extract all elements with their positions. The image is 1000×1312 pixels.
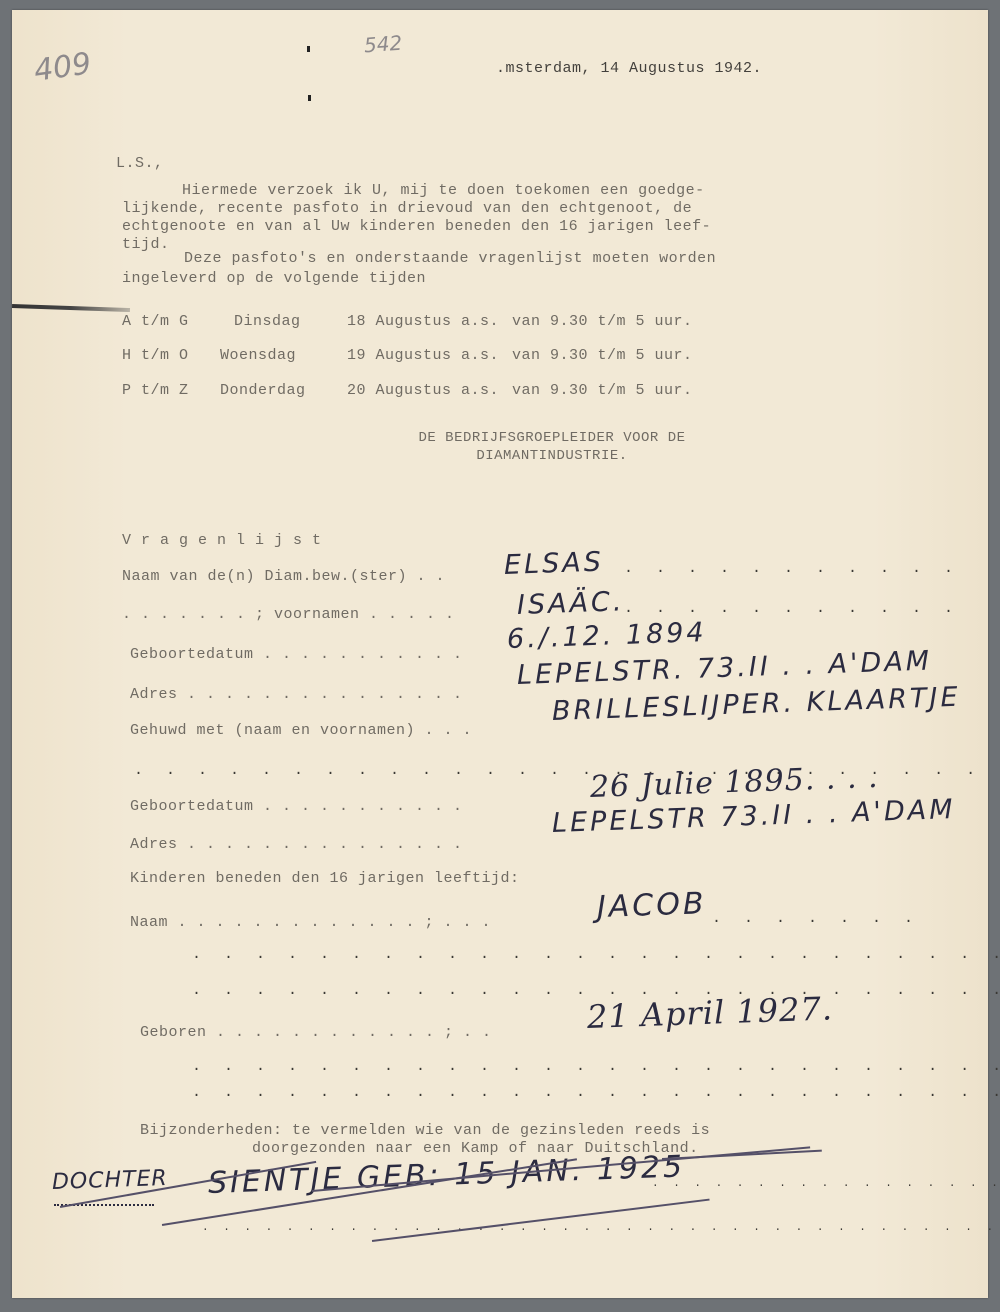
signature-line-2: DIAMANTINDUSTRIE. xyxy=(352,448,752,464)
questionnaire-title: V r a g e n l i j s t xyxy=(122,532,322,549)
birthdate-value: 6./.12. 1894 xyxy=(506,617,707,655)
children-heading: Kinderen beneden den 16 jarigen leeftijd… xyxy=(130,870,520,887)
dot-leader: . . . . . . . . . . . xyxy=(624,600,960,617)
spouse-birthdate-label: Geboortedatum . . . . . . . . . . . xyxy=(130,798,463,815)
first-names-value: ISAÄC. xyxy=(516,586,625,621)
schedule-day: Woensdag xyxy=(220,347,296,364)
salutation: L.S., xyxy=(116,155,164,172)
name-value: ELSAS xyxy=(503,547,604,581)
dot-leader-blank-row: . . . . . . . . . . . . . . . . . . . . … xyxy=(192,982,1000,999)
paragraph-line: Deze pasfoto's en onderstaande vragenlij… xyxy=(184,250,716,267)
paragraph-line: tijd. xyxy=(122,236,170,253)
dot-leader: . . . . . . . . . . . . . . . . . . xyxy=(652,1178,1000,1190)
child-name-label: Naam . . . . . . . . . . . . . ; . . . xyxy=(130,914,491,931)
child-name-value: JACOB xyxy=(596,886,707,925)
paragraph-line: ingeleverd op de volgende tijden xyxy=(122,270,426,287)
schedule-time: van 9.30 t/m 5 uur. xyxy=(512,382,693,399)
schedule-time: van 9.30 t/m 5 uur. xyxy=(512,347,693,364)
child-born-value: 21 April 1927. xyxy=(586,989,833,1036)
dot-leader-blank-row: . . . . . . . . . . . . . . . . . . . . … xyxy=(192,946,1000,963)
schedule-date: 19 Augustus a.s. xyxy=(347,347,499,364)
schedule-date: 20 Augustus a.s. xyxy=(347,382,499,399)
notes-value: SIENTJE GEB: 15 JAN. 1925 xyxy=(207,1149,685,1201)
married-value: BRILLESLIJPER. KLAARTJE xyxy=(551,682,961,727)
birthdate-label: Geboortedatum . . . . . . . . . . . xyxy=(130,646,463,663)
schedule-letters: P t/m Z xyxy=(122,382,189,399)
address-label: Adres . . . . . . . . . . . . . . . xyxy=(130,686,463,703)
first-names-label: . . . . . . . ; voornamen . . . . . xyxy=(122,606,455,623)
dot-leader-blank-row: . . . . . . . . . . . . . . . . . . . . … xyxy=(192,1058,1000,1075)
schedule-day: Dinsdag xyxy=(234,313,301,330)
document-page: 409 542 .msterdam, 14 Augustus 1942. L.S… xyxy=(12,10,988,1298)
schedule-date: 18 Augustus a.s. xyxy=(347,313,499,330)
paragraph-line: Hiermede verzoek ik U, mij te doen toeko… xyxy=(182,182,705,199)
ink-smudge xyxy=(12,304,130,312)
spouse-address-label: Adres . . . . . . . . . . . . . . . xyxy=(130,836,463,853)
notes-label-line-1: Bijzonderheden: te vermelden wie van de … xyxy=(140,1122,710,1139)
schedule-letters: A t/m G xyxy=(122,313,189,330)
strike-line xyxy=(372,1199,710,1242)
punch-mark xyxy=(308,95,311,101)
child-born-label: Geboren . . . . . . . . . . . . ; . . xyxy=(140,1024,492,1041)
schedule-day: Donderdag xyxy=(220,382,306,399)
name-label: Naam van de(n) Diam.bew.(ster) . . xyxy=(122,568,445,585)
place-date: .msterdam, 14 Augustus 1942. xyxy=(496,60,762,77)
schedule-time: van 9.30 t/m 5 uur. xyxy=(512,313,693,330)
archive-number-left: 409 xyxy=(32,46,94,89)
dot-leader: . . . . . . . . . . . xyxy=(624,560,960,577)
dot-leader-blank-row: . . . . . . . . . . . . . . . . . . . . … xyxy=(202,1222,1000,1234)
archive-number-top: 542 xyxy=(363,31,403,58)
signature-line-1: DE BEDRIJFSGROEPLEIDER VOOR DE xyxy=(352,430,752,446)
schedule-letters: H t/m O xyxy=(122,347,189,364)
dot-leader-blank-row: . . . . . . . . . . . . . . . . . . . . … xyxy=(192,1084,1000,1101)
punch-mark xyxy=(307,46,310,52)
married-label: Gehuwd met (naam en voornamen) . . . xyxy=(130,722,472,739)
paragraph-line: echtgenoote en van al Uw kinderen benede… xyxy=(122,218,711,235)
paragraph-line: lijkende, recente pasfoto in drievoud va… xyxy=(122,200,692,217)
dot-leader: . . . . . . . xyxy=(712,910,920,927)
